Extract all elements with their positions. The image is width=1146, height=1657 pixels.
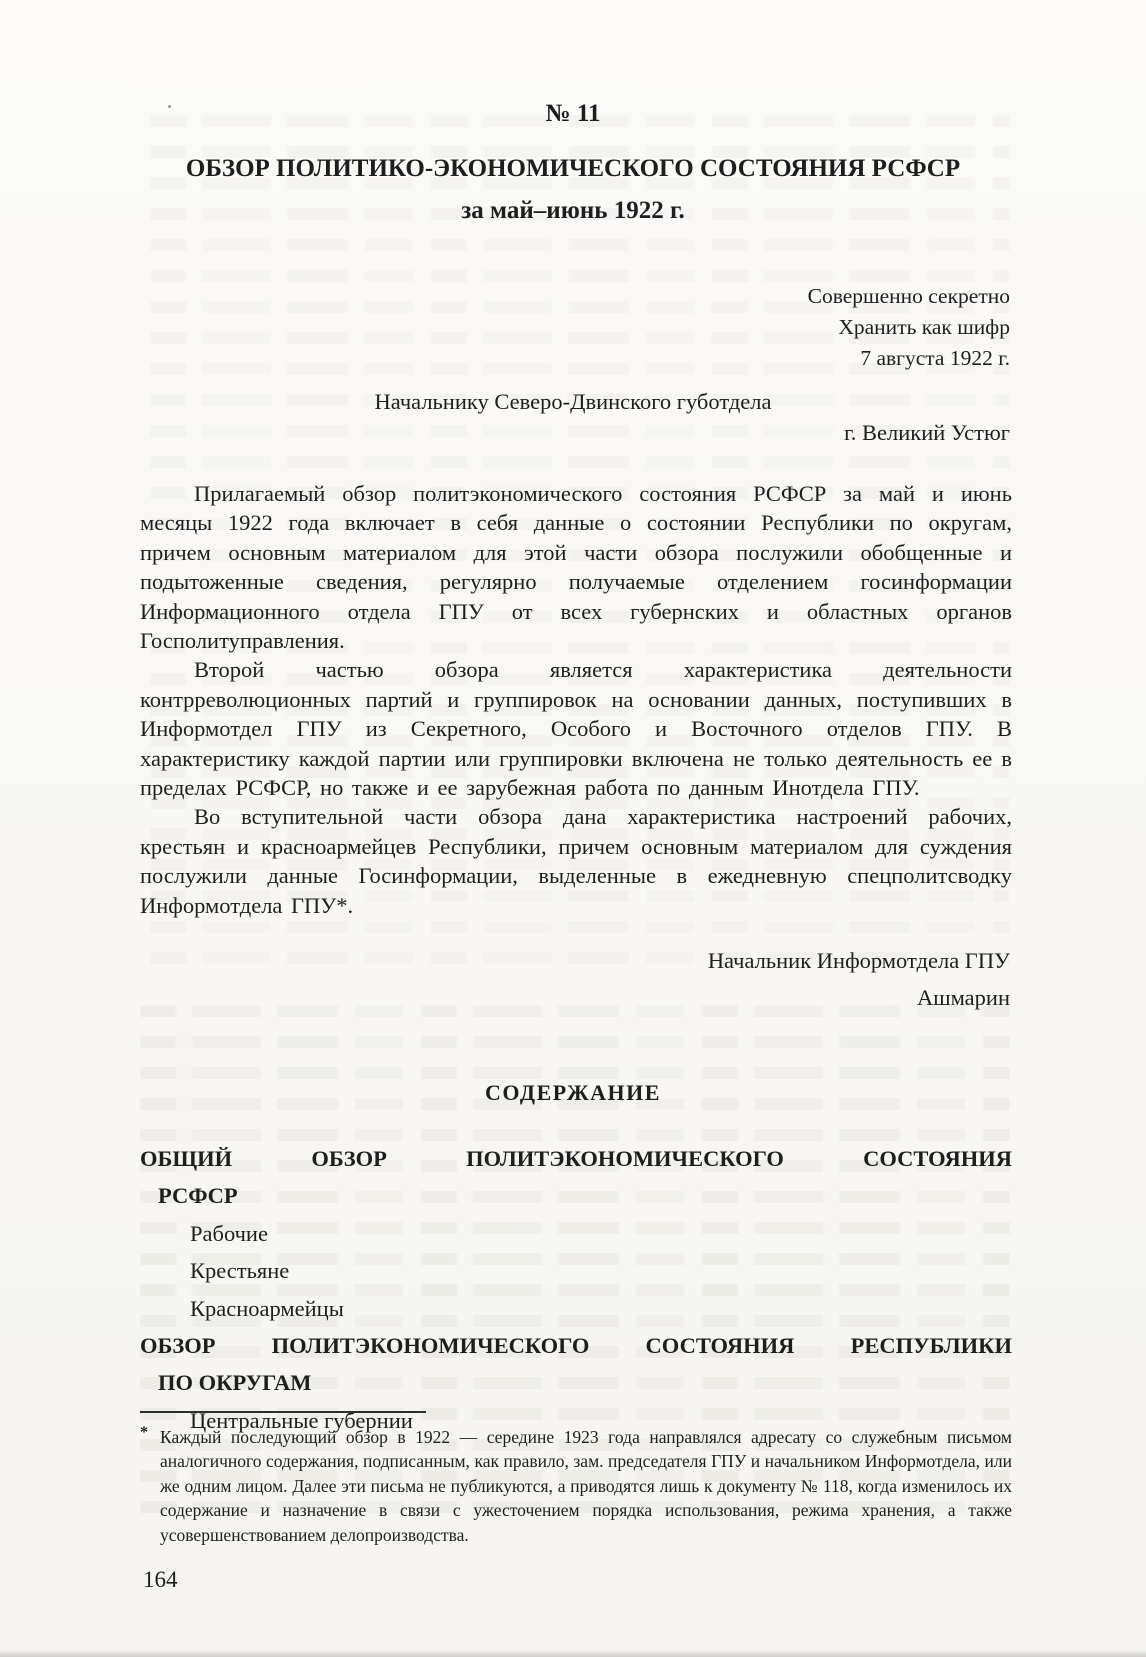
contents-item-peasants: Крестьяне: [140, 1252, 1012, 1289]
signature-position: Начальник Информотдела ГПУ: [708, 942, 1010, 979]
page-number: 164: [143, 1567, 178, 1593]
signature-block: Начальник Информотдела ГПУ Ашмарин: [708, 942, 1010, 1016]
footnote-text: Каждый последующий обзор в 1922 — середи…: [160, 1427, 1012, 1545]
classification-line-date: 7 августа 1922 г.: [808, 343, 1010, 374]
contents-list: ОБЩИЙ ОБЗОР ПОЛИТЭКОНОМИЧЕСКОГО СОСТОЯНИ…: [140, 1140, 1012, 1439]
contents-item-workers: Рабочие: [140, 1215, 1012, 1252]
contents-section2-title-cont: ПО ОКРУГАМ: [140, 1364, 1012, 1401]
classification-block: Совершенно секретно Хранить как шифр 7 а…: [808, 281, 1010, 374]
document-subtitle: за май–июнь 1922 г.: [70, 190, 1076, 232]
footnote: * Каждый последующий обзор в 1922 — сере…: [160, 1425, 1012, 1547]
footnote-marker: *: [140, 1421, 148, 1445]
addressee-city: г. Великий Устюг: [844, 420, 1010, 446]
contents-heading: СОДЕРЖАНИЕ: [0, 1080, 1146, 1106]
contents-section1-title: ОБЩИЙ ОБЗОР ПОЛИТЭКОНОМИЧЕСКОГО СОСТОЯНИ…: [140, 1140, 1012, 1177]
body-paragraph: Во вступительной части обзора дана харак…: [140, 802, 1012, 920]
document-body: Прилагаемый обзор политэкономического со…: [140, 479, 1012, 920]
signature-name: Ашмарин: [708, 979, 1010, 1016]
contents-section2-title: ОБЗОР ПОЛИТЭКОНОМИЧЕСКОГО СОСТОЯНИЯ РЕСП…: [140, 1327, 1012, 1364]
document-title: ОБЗОР ПОЛИТИКО-ЭКОНОМИЧЕСКОГО СОСТОЯНИЯ …: [70, 148, 1076, 190]
scanned-document-page: № 11 ОБЗОР ПОЛИТИКО-ЭКОНОМИЧЕСКОГО СОСТО…: [0, 0, 1146, 1657]
contents-section1-title-cont: РСФСР: [140, 1177, 1012, 1214]
classification-line-cipher: Хранить как шифр: [808, 312, 1010, 343]
addressee-title: Начальнику Северо-Двинского губотдела: [0, 389, 1146, 415]
body-paragraph: Прилагаемый обзор политэкономического со…: [140, 479, 1012, 655]
document-number: № 11: [0, 100, 1146, 128]
contents-item-red-army: Красноармейцы: [140, 1290, 1012, 1327]
scan-edge-artifact: [0, 1650, 1146, 1657]
footnote-separator: [140, 1411, 426, 1413]
body-paragraph: Второй частью обзора является характерис…: [140, 655, 1012, 802]
document-title-block: ОБЗОР ПОЛИТИКО-ЭКОНОМИЧЕСКОГО СОСТОЯНИЯ …: [70, 148, 1076, 232]
classification-line-secret: Совершенно секретно: [808, 281, 1010, 312]
